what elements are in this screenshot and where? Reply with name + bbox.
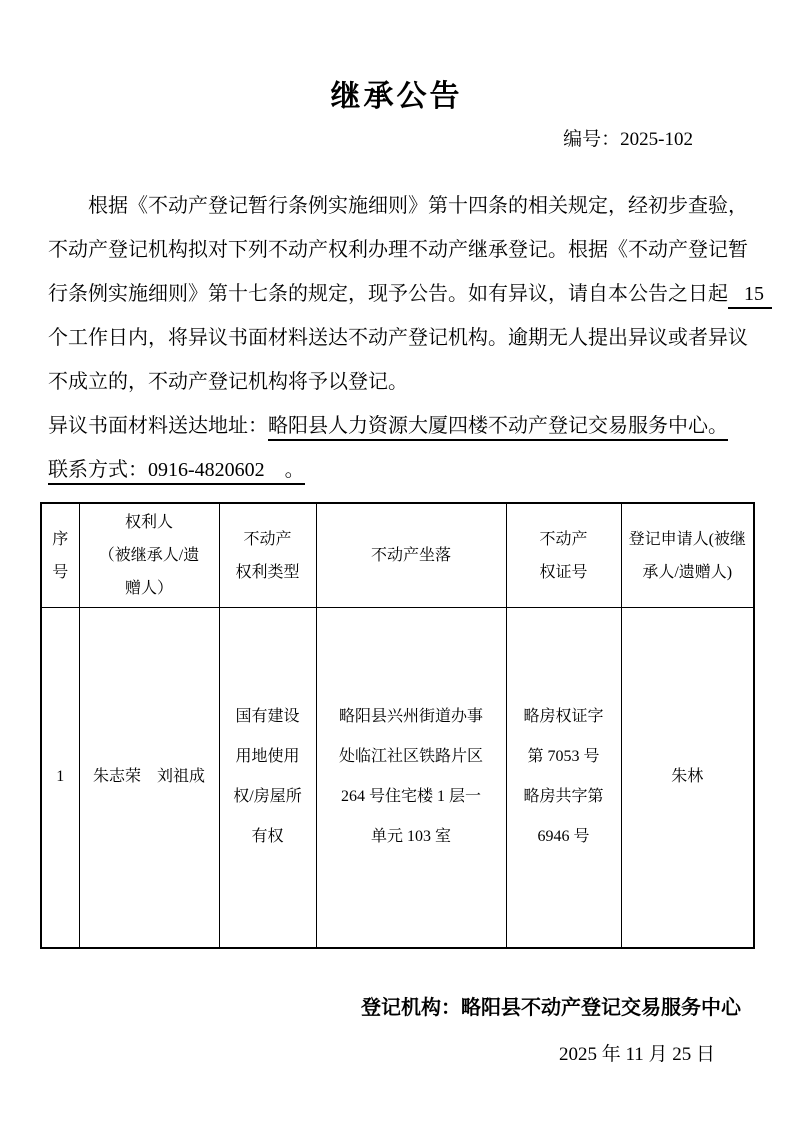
header-seq: 序 号 bbox=[41, 503, 79, 608]
cell-right-type: 国有建设 用地使用 权/房屋所 有权 bbox=[219, 608, 316, 948]
body-line-2: 不动产登记机构拟对下列不动产权利办理不动产继承登记。根据《不动产登记暂 bbox=[48, 228, 747, 272]
header-applicant: 登记申请人(被继 承人/遗赠人) bbox=[621, 503, 754, 608]
document-page: 继承公告 编号：2025-102 根据《不动产登记暂行条例实施细则》第十四条的相… bbox=[0, 0, 793, 1122]
announcement-date: 2025 年 11 月 25 日 bbox=[0, 1043, 793, 1067]
body-line-5: 不成立的，不动产登记机构将予以登记。 bbox=[48, 360, 747, 404]
header-right-type: 不动产 权利类型 bbox=[219, 503, 316, 608]
footer: 登记机构：略阳县不动产登记交易服务中心 2025 年 11 月 25 日 bbox=[0, 995, 793, 1067]
page-title: 继承公告 bbox=[0, 0, 793, 116]
address-label: 异议书面材料送达地址： bbox=[48, 415, 268, 437]
cell-right-holder: 朱志荣 刘祖成 bbox=[79, 608, 219, 948]
body-line-4: 个工作日内，将异议书面材料送达不动产登记机构。逾期无人提出异议或者异议 bbox=[48, 316, 747, 360]
cell-cert-no: 略房权证字 第 7053 号 略房共字第 6946 号 bbox=[506, 608, 621, 948]
header-location: 不动产坐落 bbox=[316, 503, 506, 608]
cell-seq: 1 bbox=[41, 608, 79, 948]
registry-org: 登记机构：略阳县不动产登记交易服务中心 bbox=[0, 995, 793, 1021]
contact-line: 联系方式：0916-4820602 。 bbox=[48, 448, 747, 492]
contact-value: 联系方式：0916-4820602 。 bbox=[48, 459, 305, 485]
property-table: 序 号 权利人 （被继承人/遗 赠人） 不动产 权利类型 不动产坐落 不动产 权… bbox=[40, 502, 755, 949]
doc-number: 编号：2025-102 bbox=[0, 128, 793, 152]
objection-days: 15 bbox=[728, 283, 772, 309]
table-row: 1 朱志荣 刘祖成 国有建设 用地使用 权/房屋所 有权 略阳县兴州街道办事 处… bbox=[41, 608, 754, 948]
body-line-1: 根据《不动产登记暂行条例实施细则》第十四条的相关规定，经初步查验， bbox=[48, 184, 747, 228]
address-value: 略阳县人力资源大厦四楼不动产登记交易服务中心。 bbox=[268, 415, 728, 441]
cell-location: 略阳县兴州街道办事 处临江社区铁路片区 264 号住宅楼 1 层一 单元 103… bbox=[316, 608, 506, 948]
cell-applicant: 朱林 bbox=[621, 608, 754, 948]
table-header-row: 序 号 权利人 （被继承人/遗 赠人） 不动产 权利类型 不动产坐落 不动产 权… bbox=[41, 503, 754, 608]
body-line-3: 行条例实施细则》第十七条的规定，现予公告。如有异议，请自本公告之日起15 bbox=[48, 272, 747, 316]
body-line-3-text: 行条例实施细则》第十七条的规定，现予公告。如有异议，请自本公告之日起 bbox=[48, 283, 728, 305]
header-cert-no: 不动产 权证号 bbox=[506, 503, 621, 608]
body-text: 根据《不动产登记暂行条例实施细则》第十四条的相关规定，经初步查验， 不动产登记机… bbox=[48, 184, 747, 492]
address-line: 异议书面材料送达地址：略阳县人力资源大厦四楼不动产登记交易服务中心。 bbox=[48, 404, 747, 448]
header-right-holder: 权利人 （被继承人/遗 赠人） bbox=[79, 503, 219, 608]
